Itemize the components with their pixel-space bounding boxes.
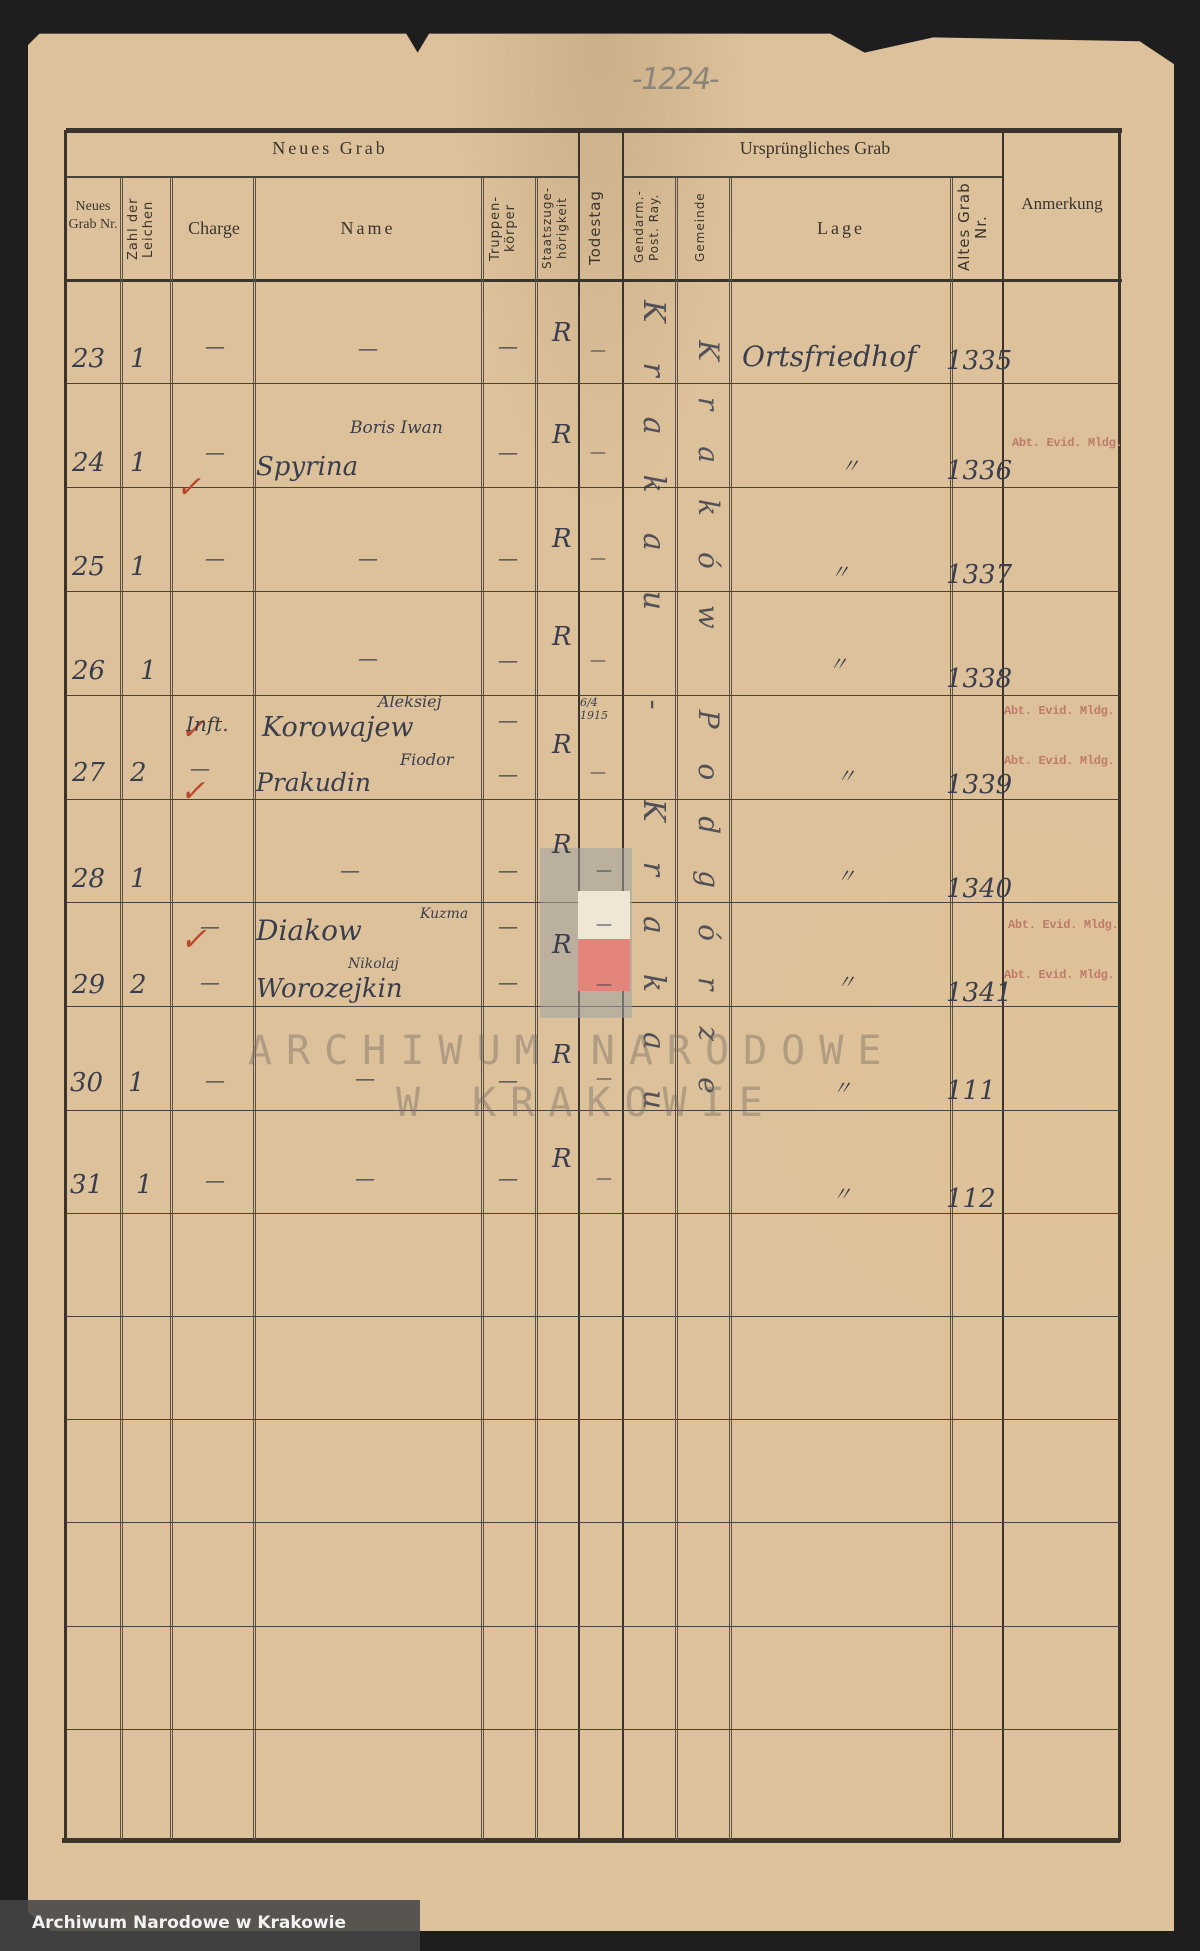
row-29b-truppe: —	[498, 970, 518, 994]
row-26-name: —	[358, 646, 378, 670]
row-29b-name: Worozejkin	[256, 974, 403, 1004]
row-28-nr: 28	[72, 864, 105, 894]
archive-number: -1224-	[629, 62, 721, 97]
gendarm-post-ray-vertical: Krakau - Krakau	[636, 300, 671, 1149]
header-neues-grab-nr: Neues Grab Nr.	[68, 198, 118, 234]
col-line	[172, 178, 173, 1840]
row-29-nr: 29	[72, 970, 105, 1000]
row-24-nr: 24	[72, 448, 105, 478]
row-27b-todestag: —	[590, 762, 606, 781]
header-todestag: Todestag	[588, 182, 614, 274]
row-29-charge: —	[200, 914, 220, 938]
row-27-stamp: Abt. Evid. Mldg.	[1004, 704, 1114, 718]
watermark-line-2: W KRAKOWIE	[396, 1080, 777, 1126]
row-24-leichen: 1	[130, 448, 147, 478]
row-23-lage: Ortsfriedhof	[742, 340, 916, 373]
col-line	[255, 178, 256, 1840]
row-24-staat: R	[552, 420, 572, 450]
header-charge: Charge	[174, 218, 254, 239]
row-26-leichen: 1	[140, 656, 157, 686]
table-right-border	[1118, 130, 1121, 1842]
row-26-nr: 26	[72, 656, 105, 686]
row-28-leichen: 1	[130, 864, 147, 894]
row-line	[66, 487, 1120, 488]
row-23-truppe: —	[498, 334, 518, 358]
row-26-staat: R	[552, 622, 572, 652]
row-23-staat: R	[552, 318, 572, 348]
row-31-leichen: 1	[136, 1170, 153, 1200]
row-line	[66, 1522, 1120, 1523]
row-27-nr: 27	[72, 758, 105, 788]
row-31-nr: 31	[70, 1170, 103, 1200]
header-name: Name	[256, 218, 480, 239]
row-24-stamp: Abt. Evid. Mldg.	[1012, 436, 1122, 450]
row-26-truppe: —	[498, 648, 518, 672]
row-29-todestag: —	[596, 914, 612, 933]
row-30-leichen: 1	[128, 1068, 145, 1098]
row-27-lage: 〃	[836, 760, 856, 789]
col-line	[483, 178, 484, 1840]
row-25-name: —	[358, 546, 378, 570]
row-27-staat: R	[552, 730, 572, 760]
row-25-charge: —	[205, 546, 225, 570]
row-25-lage: 〃	[830, 556, 850, 585]
row-28-todestag: —	[596, 860, 612, 879]
row-31-charge: —	[205, 1168, 225, 1192]
row-24-name: Spyrina	[256, 452, 358, 482]
row-24-todestag: —	[590, 442, 606, 461]
row-27-truppe: —	[498, 708, 518, 732]
row-27b-charge: —	[190, 756, 210, 780]
col-line	[170, 178, 171, 1840]
header-neues-grab: Neues Grab	[180, 138, 480, 159]
col-line	[950, 178, 951, 1840]
col-line	[952, 178, 953, 1840]
row-31-name: —	[355, 1166, 375, 1190]
row-29-lage: 〃	[836, 966, 856, 995]
row-27-todestag: 6/4 1915	[580, 696, 620, 722]
row-31-staat: R	[552, 1144, 572, 1174]
row-27b-stamp: Abt. Evid. Mldg.	[1004, 754, 1114, 768]
row-28-lage: 〃	[836, 860, 856, 889]
row-23-todestag: —	[590, 340, 606, 359]
col-line	[731, 178, 732, 1840]
col-line	[122, 178, 123, 1840]
header-gemeinde: Gemeinde	[693, 180, 717, 274]
group-divider-original	[624, 176, 1004, 178]
row-29-stamp: Abt. Evid. Mldg.	[1008, 918, 1118, 932]
col-line	[537, 178, 538, 1840]
row-27b-name: Prakudin	[256, 768, 371, 797]
header-altes-grab-nr: Altes Grab Nr.	[956, 180, 1000, 274]
row-28-staat: R	[552, 830, 572, 860]
header-anmerkung: Anmerkung	[1006, 194, 1118, 214]
row-28-altes-nr: 1340	[946, 874, 1012, 904]
col-line	[253, 178, 254, 1840]
row-23-name: —	[358, 336, 378, 360]
row-23-altes-nr: 1335	[946, 346, 1012, 376]
row-29b-todestag: —	[596, 974, 612, 993]
header-urspruengliches-grab: Ursprüngliches Grab	[680, 138, 950, 159]
header-bottom-border	[66, 279, 1122, 282]
row-27b-truppe: —	[498, 762, 518, 786]
row-31-altes-nr: 112	[946, 1184, 996, 1214]
row-25-altes-nr: 1337	[946, 560, 1012, 590]
row-line	[66, 591, 1120, 592]
row-25-staat: R	[552, 524, 572, 554]
row-23-nr: 23	[72, 344, 105, 374]
header-truppenkoerper: Truppen-körper	[488, 182, 532, 274]
row-31-truppe: —	[498, 1166, 518, 1190]
row-24-lage: 〃	[840, 450, 860, 479]
group-divider-new	[66, 176, 580, 178]
row-27-charge: Inft.	[186, 712, 229, 736]
row-25-todestag: —	[590, 548, 606, 567]
gemeinde-vertical: Kraków Podgórze	[692, 340, 725, 1130]
row-31-lage: 〃	[832, 1178, 852, 1207]
table-left-border	[64, 130, 67, 1840]
row-23-charge: —	[205, 334, 225, 358]
col-line	[675, 178, 676, 1840]
col-line	[729, 178, 730, 1840]
row-29-staat: R	[552, 930, 572, 960]
row-line	[66, 1316, 1120, 1317]
footer-caption: Archiwum Narodowe w Krakowie	[32, 1913, 346, 1933]
row-26-lage: 〃	[828, 648, 848, 677]
header-gendarm-post-ray: Gendarm.-Post. Ray.	[632, 180, 672, 274]
row-29-altes-nr: 1341	[946, 978, 1012, 1008]
col-line	[677, 178, 678, 1840]
row-28-name: —	[340, 858, 360, 882]
row-31-todestag: —	[596, 1168, 612, 1187]
row-30-altes-nr: 111	[946, 1076, 996, 1106]
row-29b-first-name: Nikolaj	[348, 956, 399, 972]
row-25-leichen: 1	[130, 552, 147, 582]
row-29-truppe: —	[498, 914, 518, 938]
row-24-charge: —	[205, 440, 225, 464]
row-29-leichen: 2	[130, 970, 147, 1000]
row-26-todestag: —	[590, 650, 606, 669]
row-line	[66, 1729, 1120, 1730]
row-24-altes-nr: 1336	[946, 456, 1012, 486]
row-26-altes-nr: 1338	[946, 664, 1012, 694]
row-24-truppe: —	[498, 440, 518, 464]
row-27-name: Korowajew	[262, 712, 414, 743]
row-line	[66, 1626, 1120, 1627]
row-29-name: Diakow	[256, 914, 362, 947]
row-25-truppe: —	[498, 546, 518, 570]
table-bottom-border	[62, 1838, 1120, 1843]
row-27-leichen: 2	[130, 758, 147, 788]
row-line	[66, 1419, 1120, 1420]
header-lage: Lage	[732, 218, 950, 239]
watermark-line-1: ARCHIWUM NARODOWE	[248, 1028, 895, 1074]
row-30-nr: 30	[70, 1068, 103, 1098]
col-line	[535, 178, 536, 1840]
row-24-checkmark-icon: ✓	[176, 470, 201, 505]
row-28-truppe: —	[498, 858, 518, 882]
row-30-lage: 〃	[832, 1072, 852, 1101]
row-23-leichen: 1	[130, 344, 147, 374]
row-24-first-name: Boris Iwan	[350, 418, 443, 438]
row-29-first-name: Kuzma	[420, 906, 468, 922]
col-line	[120, 178, 121, 1840]
row-27b-first-name: Fiodor	[400, 750, 453, 769]
table-top-border	[66, 128, 1122, 133]
row-line	[66, 383, 1120, 384]
row-27-altes-nr: 1339	[946, 770, 1012, 800]
row-30-charge: —	[205, 1068, 225, 1092]
col-line	[481, 178, 482, 1840]
row-29b-charge: —	[200, 970, 220, 994]
row-27-first-name: Aleksiej	[378, 692, 442, 711]
header-staatszugehoerigkeit: Staatszuge-hörigkeit	[540, 182, 576, 274]
row-25-nr: 25	[72, 552, 105, 582]
row-29b-stamp: Abt. Evid. Mldg.	[1004, 968, 1114, 982]
header-zahl-der-leichen: Zahl der Leichen	[126, 184, 166, 274]
